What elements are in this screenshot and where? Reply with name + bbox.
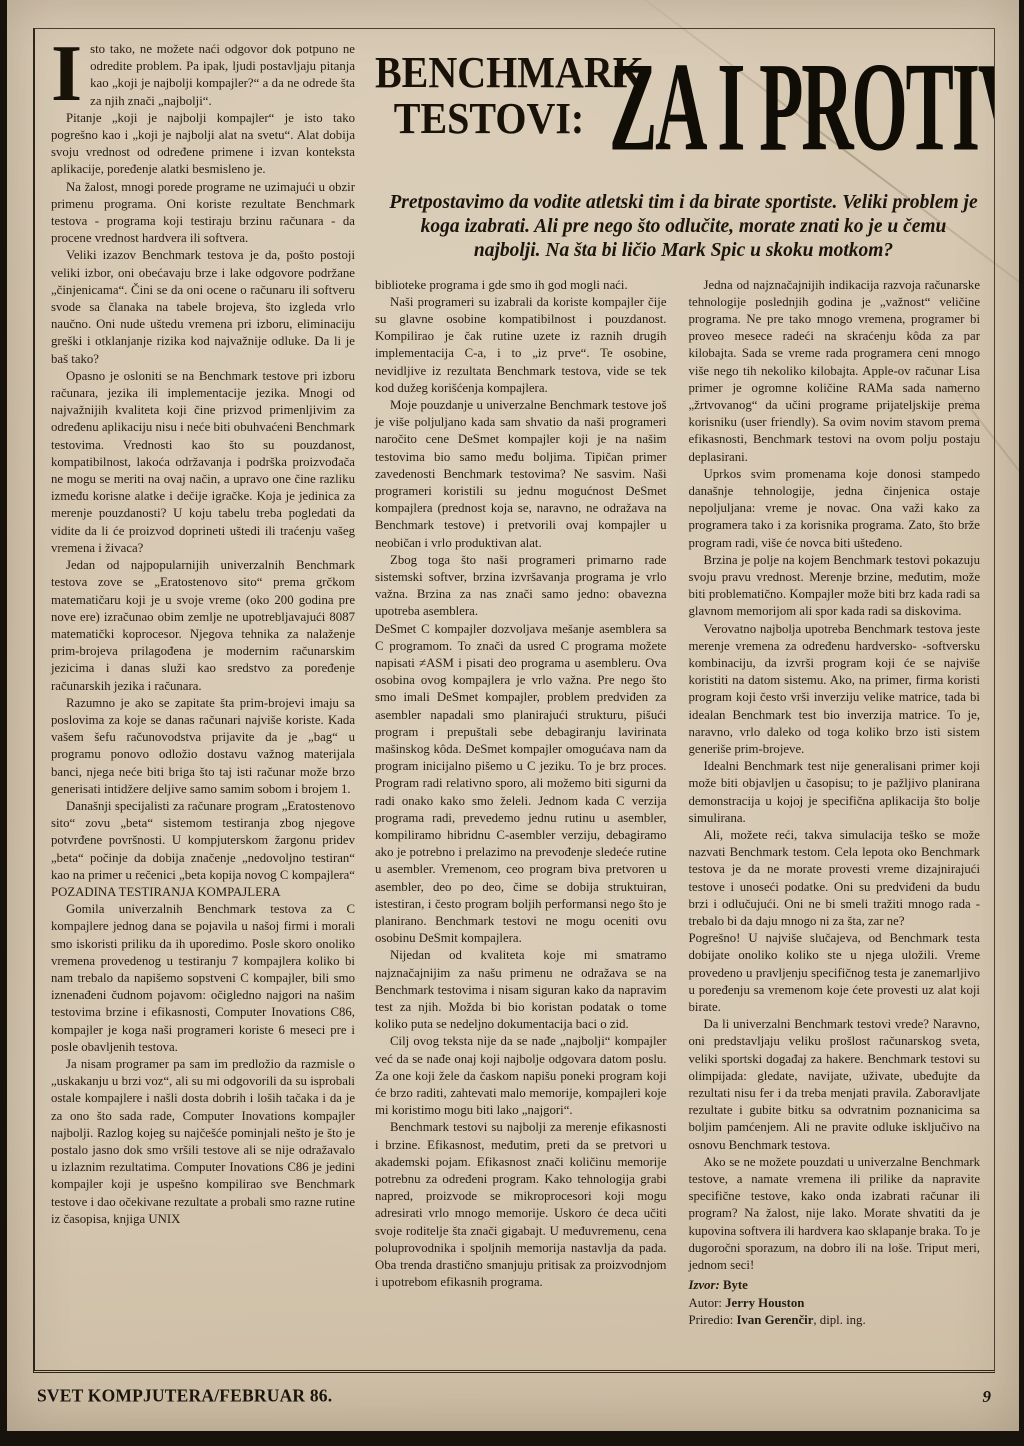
paragraph: Na žalost, mnogi porede programe ne uzim…: [51, 179, 355, 248]
magazine-page: Isto tako, ne možete naći odgovor dok po…: [7, 0, 1019, 1431]
footer-page-number: 9: [983, 1387, 992, 1407]
intro-deck: Pretpostavimo da vodite atletski tim i d…: [375, 191, 980, 264]
headline-title-box: ZA I PROTIV: [603, 41, 980, 179]
credit-source-label: Izvor:: [689, 1278, 720, 1292]
drop-cap: I: [51, 41, 90, 104]
paragraph: Jedan od najpopularnijih univerzalnih Be…: [51, 557, 355, 695]
credit-editor-label: Priredio:: [689, 1313, 734, 1327]
paragraph: Razumno je ako se zapitate šta prim-broj…: [51, 695, 355, 798]
article-frame: Isto tako, ne možete naći odgovor dok po…: [33, 28, 995, 1373]
paragraph: Verovatno najbolja upotreba Benchmark te…: [689, 621, 981, 759]
paragraph: Opasno je osloniti se na Benchmark testo…: [51, 368, 355, 557]
credit-source: Izvor: Byte: [689, 1277, 981, 1294]
headline-kicker: BENCHMARK TESTOVI:: [375, 41, 603, 196]
paragraph: Idealni Benchmark test nije generalisani…: [689, 758, 981, 827]
article-right-section: BENCHMARK TESTOVI: ZA I PROTIV Pretposta…: [375, 41, 980, 1366]
credit-author-label: Autor:: [689, 1296, 722, 1310]
credit-editor-value: Ivan Gerenčir: [737, 1313, 814, 1327]
paragraph: Zbog toga što naši programeri primarno r…: [375, 552, 667, 621]
paragraph: Ali, možete reći, takva simulacija teško…: [689, 827, 981, 930]
credit-editor-suffix: , dipl. ing.: [813, 1313, 865, 1327]
headline-title: ZA I PROTIV: [609, 35, 995, 181]
paragraph: biblioteke programa i gde smo ih god mog…: [375, 277, 667, 294]
article-column-middle: biblioteke programa i gde smo ih god mog…: [375, 277, 667, 1366]
paragraph: Cilj ovog teksta nije da se nađe „najbol…: [375, 1033, 667, 1119]
paragraph: Isto tako, ne možete naći odgovor dok po…: [51, 41, 355, 110]
headline-row: BENCHMARK TESTOVI: ZA I PROTIV: [375, 41, 980, 179]
paragraph: Gomila univerzalnih Benchmark testova za…: [51, 901, 355, 1056]
footer-magazine-name: SVET KOMPJUTERA/FEBRUAR 86.: [37, 1385, 332, 1407]
paragraph: Moje pouzdanje u univerzalne Benchmark t…: [375, 397, 667, 552]
credit-author: Autor: Jerry Houston: [689, 1295, 981, 1312]
paragraph: Ja nisam programer pa sam im predložio d…: [51, 1056, 355, 1228]
paragraph: DeSmet C kompajler dozvoljava mešanje as…: [375, 621, 667, 948]
kicker-line-2: TESTOVI:: [375, 96, 603, 142]
paragraph: Pitanje „koji je najbolji kompajler“ je …: [51, 110, 355, 179]
paragraph: Nijedan od kvaliteta koje mi smatramo na…: [375, 947, 667, 1033]
credits: Izvor: Byte Autor: Jerry Houston Priredi…: [689, 1277, 981, 1329]
credit-author-value: Jerry Houston: [725, 1296, 804, 1310]
kicker-line-1: BENCHMARK: [375, 50, 603, 96]
paragraph: Da li univerzalni Benchmark testovi vred…: [689, 1016, 981, 1154]
paragraph: Jedna od najznačajnijih indikacija razvo…: [689, 277, 981, 466]
paragraph: Ako se ne možete pouzdati u univerzalne …: [689, 1154, 981, 1274]
paragraph-text: sto tako, ne možete naći odgovor dok pot…: [90, 42, 355, 108]
credit-source-value: Byte: [723, 1278, 748, 1292]
paragraph: Uprkos svim promenama koje donosi stampe…: [689, 466, 981, 552]
paragraph: Pogrešno! U najviše slučajeva, od Benchm…: [689, 930, 981, 1016]
article-column-right: Jedna od najznačajnijih indikacija razvo…: [689, 277, 981, 1366]
paragraph: Današnji specijalisti za računare progra…: [51, 798, 355, 901]
scanned-magazine-page: { "header": { "kicker_line1": "BENCHMARK…: [0, 0, 1024, 1446]
article-column-left: Isto tako, ne možete naći odgovor dok po…: [51, 41, 355, 1366]
credit-editor: Priredio: Ivan Gerenčir, dipl. ing.: [689, 1312, 981, 1329]
paragraph: Benchmark testovi su najbolji za merenje…: [375, 1119, 667, 1291]
paragraph: Brzina je polje na kojem Benchmark testo…: [689, 552, 981, 621]
page-footer: SVET KOMPJUTERA/FEBRUAR 86. 9: [37, 1386, 991, 1407]
paragraph: Veliki izazov Benchmark testova je da, p…: [51, 247, 355, 367]
paragraph: Naši programeri su izabrali da koriste k…: [375, 294, 667, 397]
